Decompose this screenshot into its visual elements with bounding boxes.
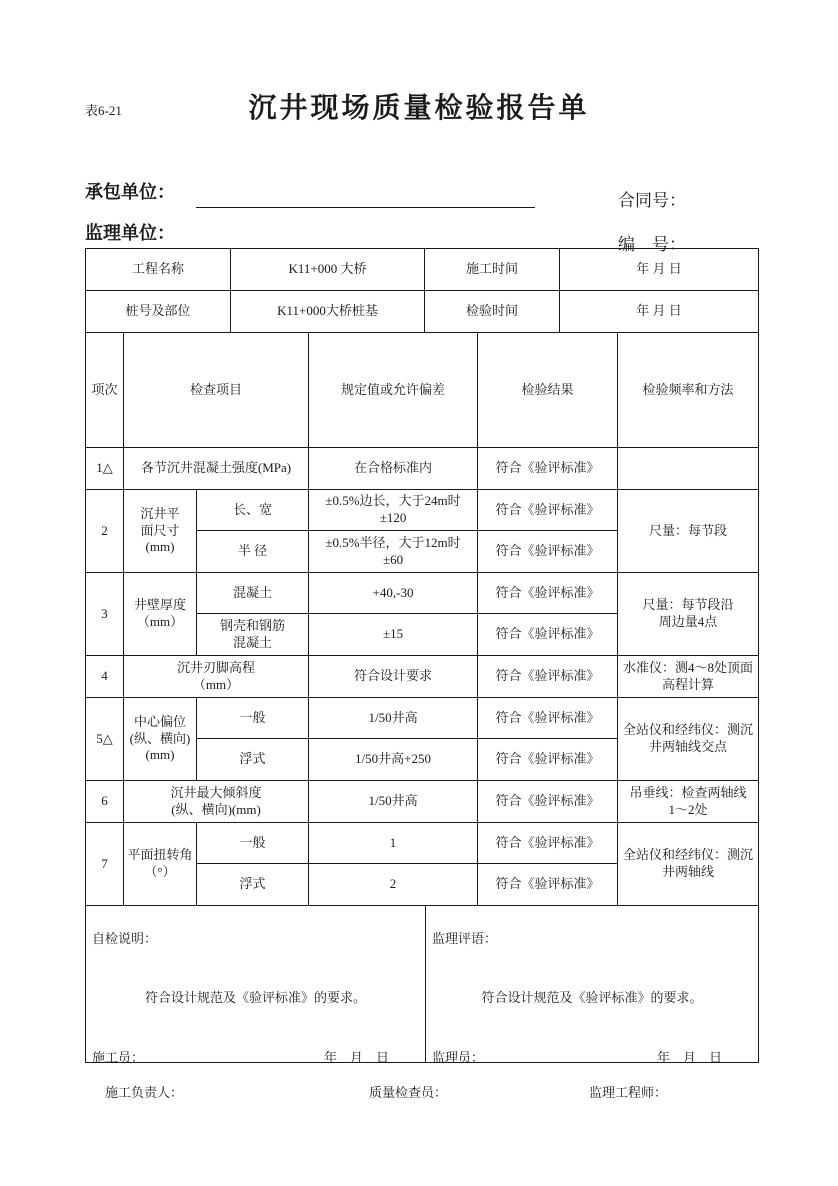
- project-info-table: 工程名称 K11+000 大桥 施工时间 年 月 日 桩号及部位 K11+000…: [85, 248, 759, 333]
- row2-result2: 符合《验评标准》: [478, 531, 618, 573]
- row5-result1: 符合《验评标准》: [478, 698, 618, 739]
- supervising-engineer-label: 监理工程师：: [589, 1082, 667, 1101]
- row6-spec: 1/50井高: [309, 781, 478, 823]
- row1-result: 符合《验评标准》: [478, 448, 618, 490]
- row6-no: 6: [86, 781, 124, 823]
- row7-result1: 符合《验评标准》: [478, 823, 618, 864]
- table-row: 4 沉井刃脚高程 （mm） 符合设计要求 符合《验评标准》 水准仪：测4～8处顶…: [86, 656, 759, 698]
- row5-sub2: 浮式: [197, 739, 309, 781]
- row3-spec1: +40,-30: [309, 573, 478, 614]
- row5-spec1: 1/50井高: [309, 698, 478, 739]
- self-check-label: 自检说明：: [86, 923, 425, 948]
- row3-spec2: ±15: [309, 614, 478, 656]
- table-row: 7 平面扭转角 （°） 一般 1 符合《验评标准》 全站仪和经纬仪：测沉 井两轴…: [86, 823, 759, 864]
- contract-no-label: 合同号：: [618, 186, 686, 211]
- supervisor-unit-label: 监理单位：: [85, 219, 175, 245]
- pile-location-value: K11+000大桥桩基: [231, 291, 425, 333]
- row7-no: 7: [86, 823, 124, 906]
- row1-method: [618, 448, 759, 490]
- row3-no: 3: [86, 573, 124, 656]
- row2-method: 尺量：每节段: [618, 490, 759, 573]
- row5-sub1: 一般: [197, 698, 309, 739]
- inspection-time-label: 检验时间: [425, 291, 560, 333]
- construction-manager-label: 施工负责人：: [105, 1082, 183, 1101]
- row6-item: 沉井最大倾斜度 (纵、横向)(mm): [124, 781, 309, 823]
- row4-no: 4: [86, 656, 124, 698]
- table-row: 5△ 中心偏位 (纵、横向) (mm) 一般 1/50井高 符合《验评标准》 全…: [86, 698, 759, 739]
- row2-item: 沉井平 面尺寸 (mm): [124, 490, 197, 573]
- row7-result2: 符合《验评标准》: [478, 864, 618, 906]
- construction-time-value: 年 月 日: [560, 249, 759, 291]
- inspection-time-value: 年 月 日: [560, 291, 759, 333]
- supervisor-label: 监理员：: [432, 1050, 484, 1063]
- table-row: 自检说明： 符合设计规范及《验评标准》的要求。 施工员： 年 月 日 监理评语：…: [86, 906, 759, 1063]
- constructor-sign-row: 施工员： 年 月 日: [86, 1050, 425, 1063]
- table-row: 6 沉井最大倾斜度 (纵、横向)(mm) 1/50井高 符合《验评标准》 吊垂线…: [86, 781, 759, 823]
- row7-sub2: 浮式: [197, 864, 309, 906]
- row7-method: 全站仪和经纬仪：测沉 井两轴线: [618, 823, 759, 906]
- supervisor-comment-text: 符合设计规范及《验评标准》的要求。: [426, 990, 758, 1007]
- quality-inspector-label: 质量检查员：: [369, 1082, 447, 1101]
- table-row: 2 沉井平 面尺寸 (mm) 长、宽 ±0.5%边长，大于24m时 ±120 符…: [86, 490, 759, 531]
- self-check-cell: 自检说明： 符合设计规范及《验评标准》的要求。 施工员： 年 月 日: [86, 906, 426, 1063]
- row3-sub1: 混凝土: [197, 573, 309, 614]
- row5-item: 中心偏位 (纵、横向) (mm): [124, 698, 197, 781]
- row2-no: 2: [86, 490, 124, 573]
- row2-result1: 符合《验评标准》: [478, 490, 618, 531]
- row3-sub2: 钢壳和钢筋 混凝土: [197, 614, 309, 656]
- row6-method: 吊垂线：检查两轴线 1～2处: [618, 781, 759, 823]
- contractor-unit-blank-line: [196, 207, 535, 208]
- project-name-value: K11+000 大桥: [231, 249, 425, 291]
- constructor-date: 年 月 日: [324, 1050, 389, 1063]
- remarks-table: 自检说明： 符合设计规范及《验评标准》的要求。 施工员： 年 月 日 监理评语：…: [85, 905, 759, 1063]
- row7-item: 平面扭转角 （°）: [124, 823, 197, 906]
- row4-spec: 符合设计要求: [309, 656, 478, 698]
- page-title: 沉井现场质量检验报告单: [0, 86, 838, 126]
- self-check-text: 符合设计规范及《验评标准》的要求。: [86, 990, 425, 1007]
- row4-method: 水准仪：测4～8处顶面 高程计算: [618, 656, 759, 698]
- row2-sub1: 长、宽: [197, 490, 309, 531]
- constructor-label: 施工员：: [92, 1050, 144, 1063]
- row5-method: 全站仪和经纬仪：测沉 井两轴线交点: [618, 698, 759, 781]
- construction-time-label: 施工时间: [425, 249, 560, 291]
- header-no: 项次: [86, 333, 124, 448]
- row1-no: 1△: [86, 448, 124, 490]
- row1-spec: 在合格标准内: [309, 448, 478, 490]
- row7-spec2: 2: [309, 864, 478, 906]
- table-row: 3 井壁厚度 （mm） 混凝土 +40,-30 符合《验评标准》 尺量：每节段沿…: [86, 573, 759, 614]
- table-header-row: 项次 检查项目 规定值或允许偏差 检验结果 检验频率和方法: [86, 333, 759, 448]
- supervisor-comment-cell: 监理评语： 符合设计规范及《验评标准》的要求。 监理员： 年 月 日: [426, 906, 759, 1063]
- supervisor-comment-label: 监理评语：: [426, 923, 758, 948]
- project-name-label: 工程名称: [86, 249, 231, 291]
- supervisor-date: 年 月 日: [657, 1050, 722, 1063]
- header-result: 检验结果: [478, 333, 618, 448]
- header-spec: 规定值或允许偏差: [309, 333, 478, 448]
- pile-location-label: 桩号及部位: [86, 291, 231, 333]
- row3-result1: 符合《验评标准》: [478, 573, 618, 614]
- row2-sub2: 半 径: [197, 531, 309, 573]
- row4-item: 沉井刃脚高程 （mm）: [124, 656, 309, 698]
- row5-result2: 符合《验评标准》: [478, 739, 618, 781]
- row5-no: 5△: [86, 698, 124, 781]
- row6-result: 符合《验评标准》: [478, 781, 618, 823]
- row2-spec1: ±0.5%边长，大于24m时 ±120: [309, 490, 478, 531]
- header-method: 检验频率和方法: [618, 333, 759, 448]
- contractor-unit-label: 承包单位：: [85, 178, 175, 204]
- row5-spec2: 1/50井高+250: [309, 739, 478, 781]
- row7-sub1: 一般: [197, 823, 309, 864]
- supervisor-comment-box: 监理评语： 符合设计规范及《验评标准》的要求。 监理员： 年 月 日: [426, 923, 758, 1063]
- row3-item: 井壁厚度 （mm）: [124, 573, 197, 656]
- row2-spec2: ±0.5%半径，大于12m时 ±60: [309, 531, 478, 573]
- form-tables: 工程名称 K11+000 大桥 施工时间 年 月 日 桩号及部位 K11+000…: [85, 248, 758, 1063]
- inspection-table: 项次 检查项目 规定值或允许偏差 检验结果 检验频率和方法 1△ 各节沉井混凝土…: [85, 332, 759, 906]
- row3-method: 尺量：每节段沿 周边量4点: [618, 573, 759, 656]
- row1-item: 各节沉井混凝土强度(MPa): [124, 448, 309, 490]
- report-form-page: 表6-21 沉井现场质量检验报告单 承包单位： 合同号： 监理单位： 编 号： …: [0, 0, 838, 1186]
- header-item: 检查项目: [124, 333, 309, 448]
- self-check-box: 自检说明： 符合设计规范及《验评标准》的要求。 施工员： 年 月 日: [86, 923, 425, 1063]
- supervisor-sign-row: 监理员： 年 月 日: [426, 1050, 758, 1063]
- table-row: 工程名称 K11+000 大桥 施工时间 年 月 日: [86, 249, 759, 291]
- row4-result: 符合《验评标准》: [478, 656, 618, 698]
- row7-spec1: 1: [309, 823, 478, 864]
- table-row: 1△ 各节沉井混凝土强度(MPa) 在合格标准内 符合《验评标准》: [86, 448, 759, 490]
- row3-result2: 符合《验评标准》: [478, 614, 618, 656]
- table-row: 桩号及部位 K11+000大桥桩基 检验时间 年 月 日: [86, 291, 759, 333]
